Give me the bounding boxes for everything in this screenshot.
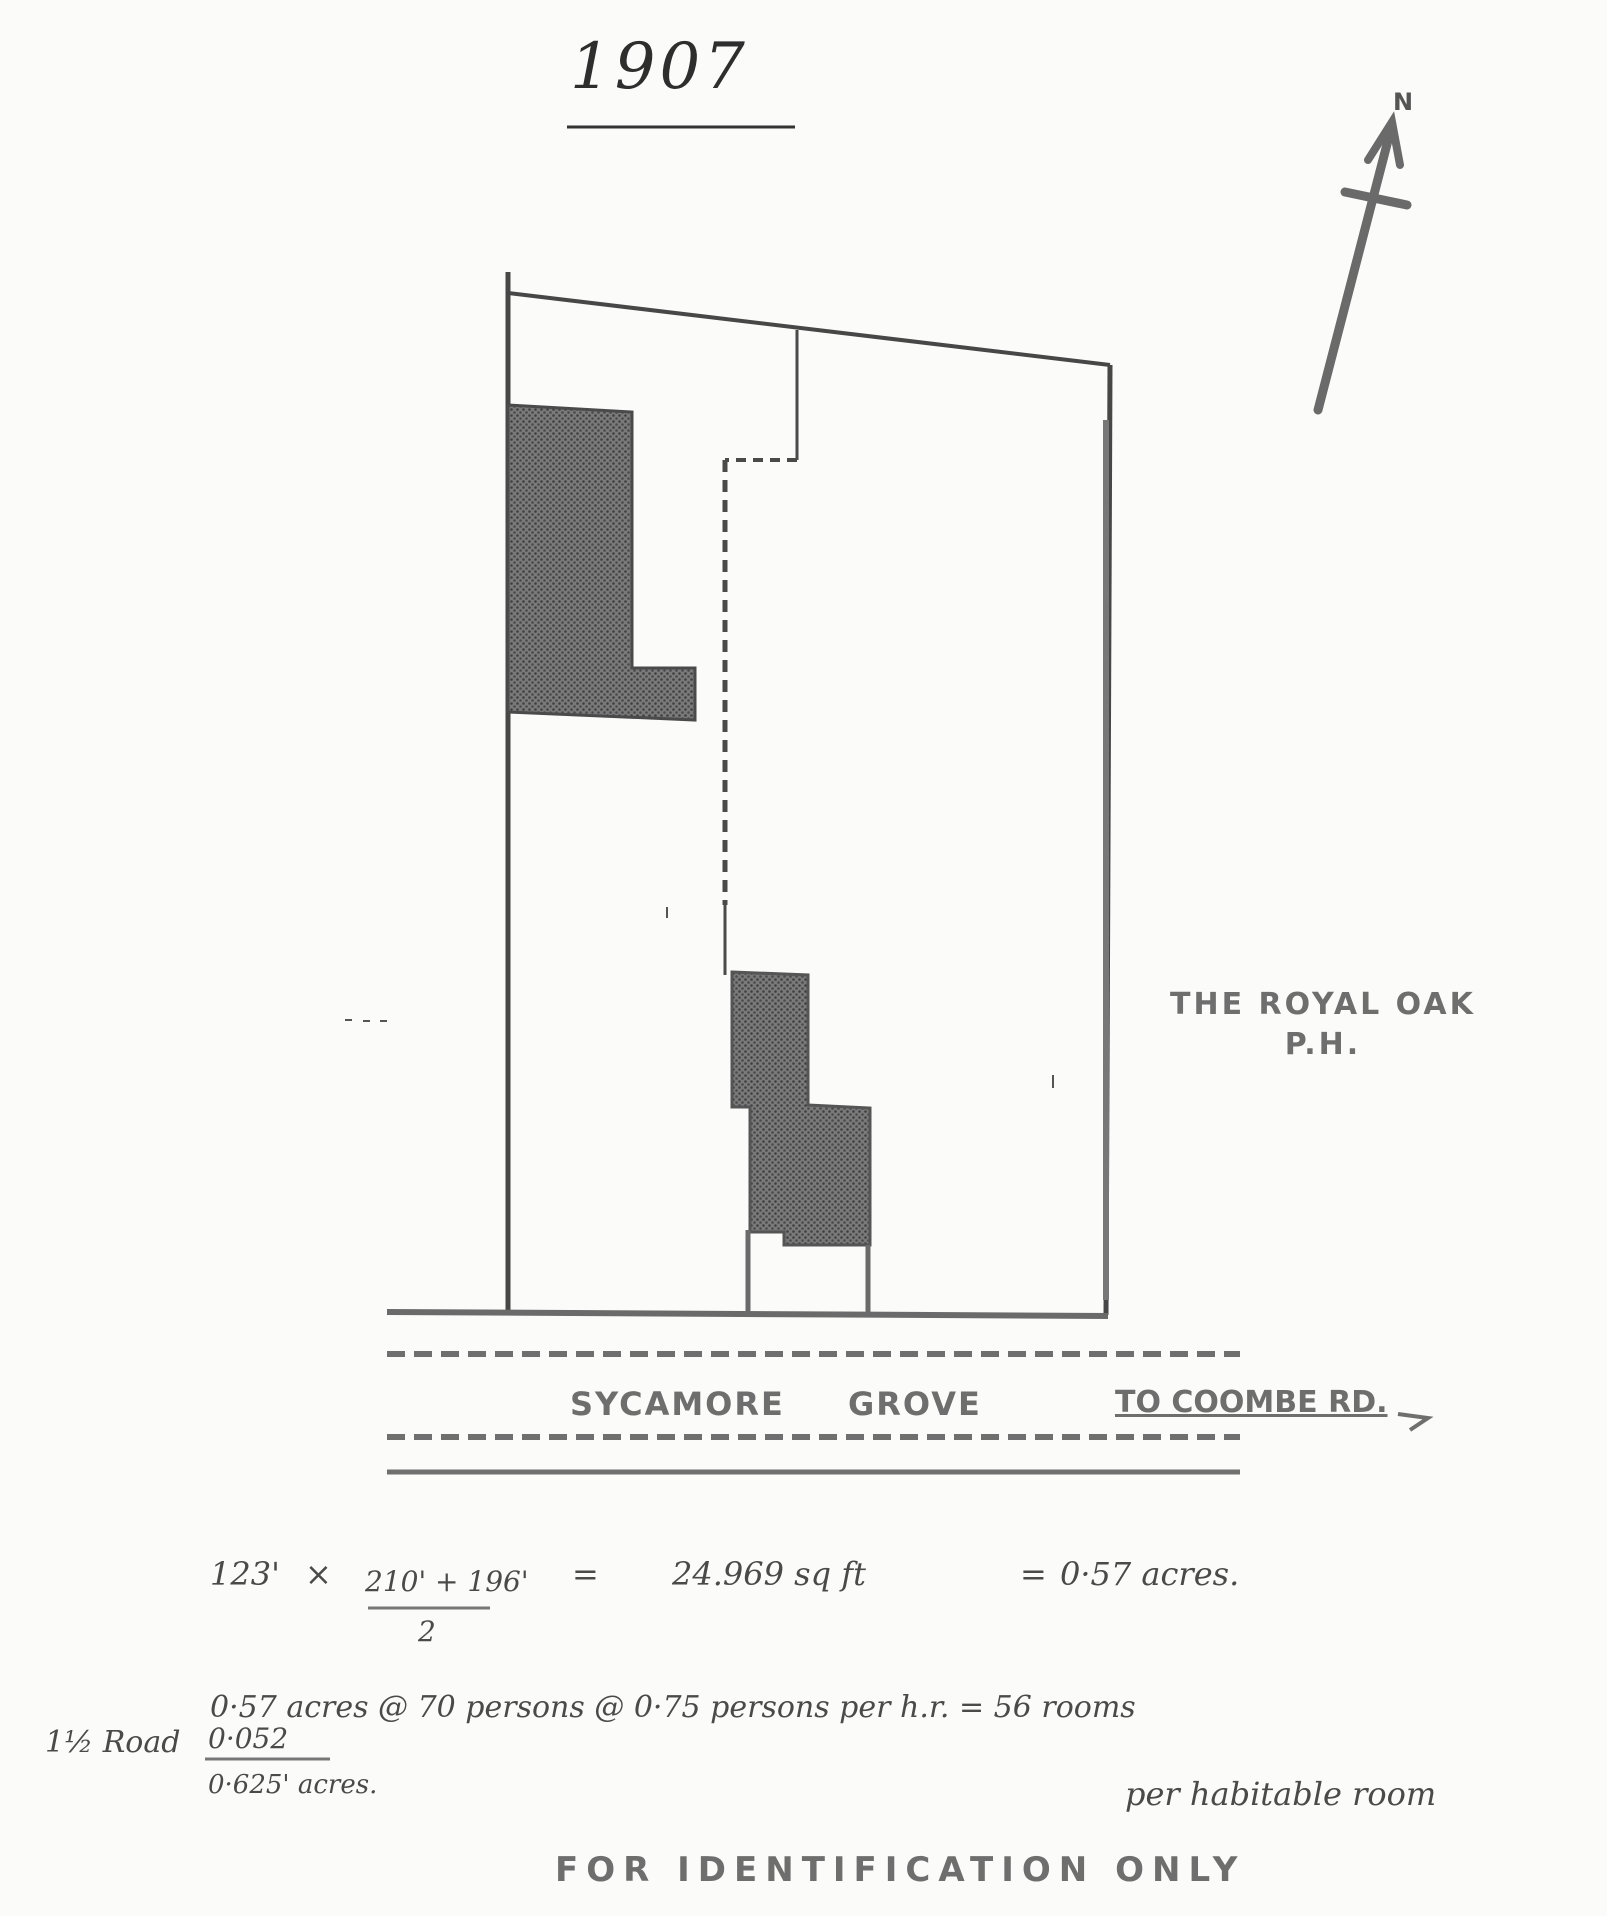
calc-numerator: 210' + 196' [365, 1565, 529, 1598]
site-plan-drawing: N [0, 0, 1607, 1916]
street-name-word1: SYCAMORE [570, 1385, 785, 1423]
direction-arrow-icon [1398, 1414, 1428, 1430]
north-arrow-icon [1318, 122, 1407, 410]
pub-name: THE ROYAL OAK [1170, 985, 1476, 1025]
internal-fence [725, 330, 797, 975]
density-note: per habitable room [1125, 1775, 1436, 1813]
adjacent-property-label: THE ROYAL OAK P.H. [1170, 985, 1476, 1065]
total-acres: 0·625' acres. [208, 1770, 377, 1800]
density-calculation: 0·57 acres @ 70 persons @ 0·75 persons p… [210, 1690, 1136, 1725]
road-addend: 0·052 [208, 1722, 288, 1755]
direction-label: TO COOMBE RD. [1115, 1385, 1388, 1420]
sycamore-grove-street [387, 1354, 1240, 1472]
road-label: 1½ Road [45, 1725, 180, 1760]
footer-note: FOR IDENTIFICATION ONLY [555, 1850, 1245, 1890]
page-title: 1907 [570, 30, 749, 104]
calc-area-acres: 0·57 acres. [1060, 1555, 1239, 1593]
building-northwest [508, 405, 695, 720]
street-name-word2: GROVE [848, 1385, 982, 1423]
calc-area-sqft: 24.969 sq ft [672, 1555, 866, 1593]
north-label: N [1393, 88, 1413, 116]
pub-abbrev: P.H. [1170, 1025, 1476, 1065]
calc-times: × [305, 1555, 332, 1593]
stray-marks [345, 907, 1053, 1088]
building-south [732, 972, 870, 1245]
calc-equals-2: = [1020, 1555, 1047, 1593]
calc-equals-1: = [572, 1555, 599, 1593]
calc-width: 123' [210, 1555, 280, 1593]
calc-denominator: 2 [418, 1615, 436, 1648]
